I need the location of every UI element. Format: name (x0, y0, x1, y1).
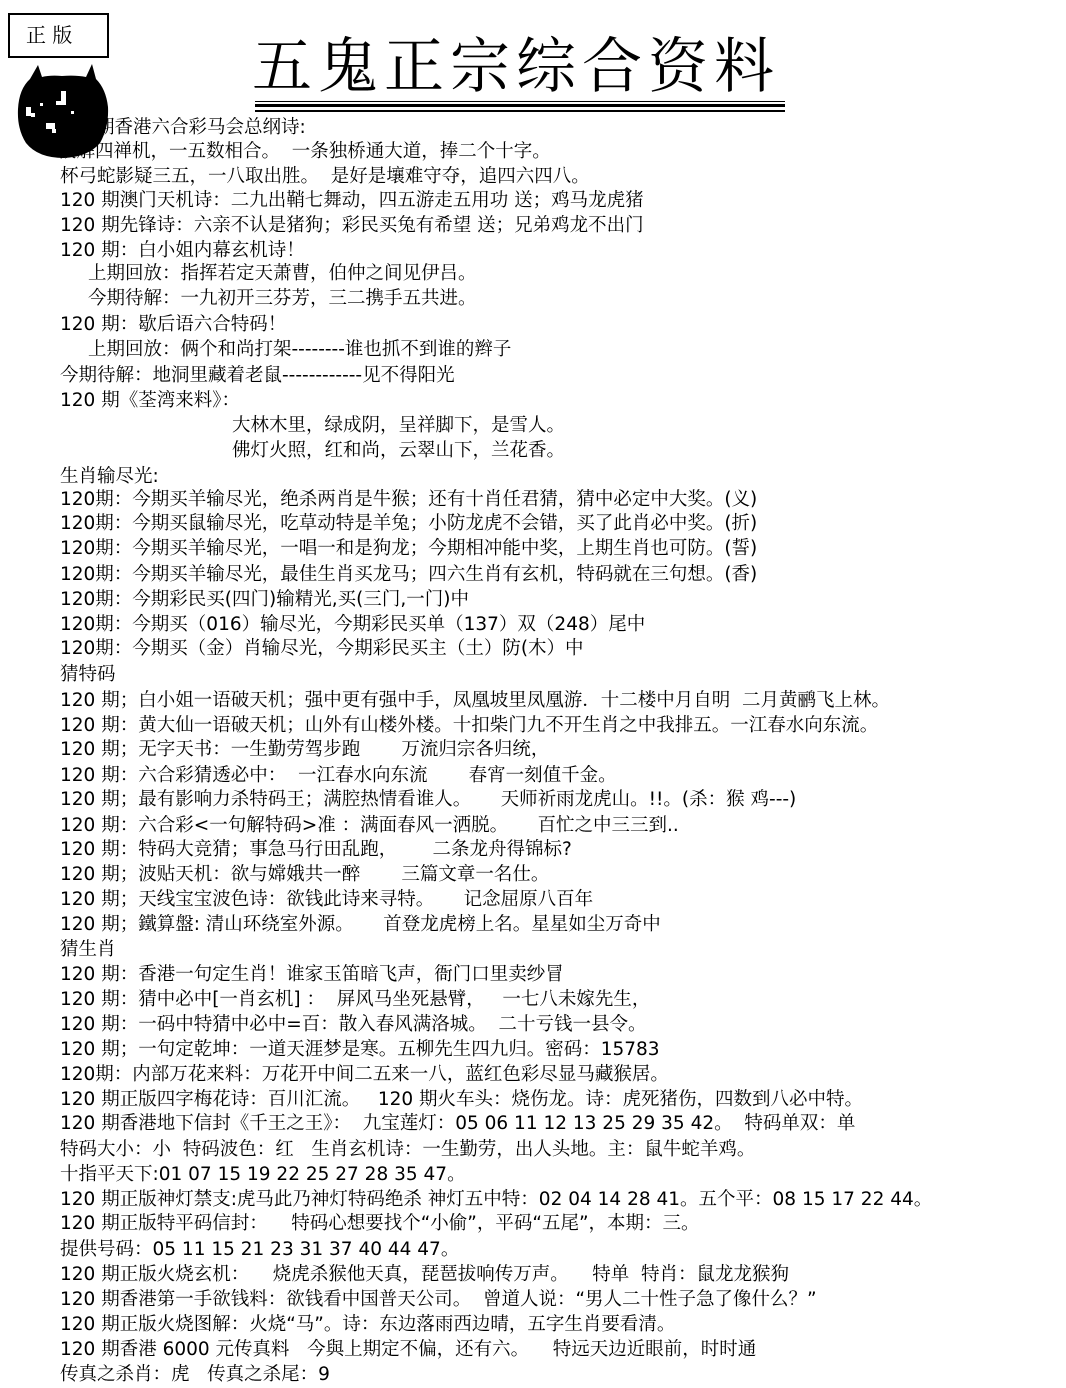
edition-badge-label: 正 版 (26, 24, 72, 46)
text-line: 十指平天下:01 07 15 19 22 25 27 28 35 47。 (60, 1164, 466, 1186)
text-line: 120 期；波贴天机：欲与嫦娥共一醉 三篇文章一名仕。 (60, 864, 549, 886)
text-line: 120 期香港第一手欲钱料：欲钱看中国普天公司。 曾道人说：“男人二十性子急了像… (60, 1289, 817, 1311)
text-line: 120 期；鐵算盤: 清山环绕室外源。 首登龙虎榜上名。星星如尘万奇中 (60, 914, 661, 936)
text-line: 120 期正版四字梅花诗：百川汇流。 120 期火车头：烧伤龙。诗：虎死猪伤，四… (60, 1089, 863, 1111)
text-line: 120期：今期买羊输尽光，一唱一和是狗龙；今期相冲能中奖，上期生肖也可防。(誓) (60, 538, 757, 560)
text-line: 提供号码：05 11 15 21 23 31 37 40 44 47。 (60, 1239, 459, 1261)
text-line: 120 期；天线宝宝波色诗：欲钱此诗来寻特。 记念屈原八百年 (60, 889, 593, 911)
edition-badge: 正 版 (8, 13, 109, 58)
text-line: 120 期澳门天机诗：二九出鞘七舞动，四五游走五用功 送；鸡马龙虎猪 (60, 190, 644, 212)
text-line: 120期：今期买羊输尽光，最佳生肖买龙马；四六生肖有玄机，特码就在三句想。(香) (60, 564, 757, 586)
poem-line: 佛灯火照，红和尚，云翠山下，兰花香。 (232, 440, 565, 462)
page-title: 五鬼正宗综合资料 (252, 34, 780, 100)
text-line: 120 期：特码大竞猜；事急马行田乱跑， 二条龙舟得锦标? (60, 839, 572, 861)
text-line: 120 期正版神灯禁支:虎马此乃神灯特码绝杀 神灯五中特：02 04 14 28… (60, 1189, 932, 1211)
text-line: 120期：今期买鼠输尽光，吃草动特是羊兔；小防龙虎不会错，买了此肖必中奖。(折) (60, 513, 757, 535)
text-line: 特码大小：小 特码波色：红 生肖玄机诗：一生勤劳，出人头地。主：鼠牛蛇羊鸡。 (60, 1139, 755, 1161)
text-line: 120 期：一码中特猜中必中=百：散入春风满洛城。 二十亏钱一县令。 (60, 1014, 646, 1036)
text-line: 杯弓蛇影疑三五，一八取出胜。 是好是壤难守夺，追四六四八。 (60, 166, 590, 188)
text-line: 120期：今期买（016）输尽光，今期彩民买单（137）双（248）尾中 (60, 614, 645, 636)
text-line: 120 期；无字天书：一生勤劳驾步跑 万流归宗各归统， (60, 739, 549, 761)
text-line: 120 期《荃湾来料》： (60, 390, 240, 412)
text-line: 120 期：黄大仙一语破天机；山外有山楼外楼。十扣柴门九不开生肖之中我排五。一江… (60, 715, 878, 737)
text-line: 今期待解：地洞里藏着老鼠------------见不得阳光 (60, 365, 455, 387)
section-heading: 生肖输尽光: (60, 466, 159, 488)
text-line: 120期：今期买羊输尽光，绝杀两肖是牛猴；还有十肖任君猜，猜中必定中大奖。(义) (60, 489, 757, 511)
text-line: 上期回放：指挥若定天萧曹，伯仲之间见伊吕。 (88, 263, 477, 285)
text-line: 120 期香港 6000 元传真料 今與上期定不偏，还有六。 特远天边近眼前，时… (60, 1339, 756, 1361)
text-line: 120期：内部万花来料：万花开中间二五来一八，蓝红色彩尽显马藏猴居。 (60, 1064, 669, 1086)
section-heading: 猜特码 (60, 664, 116, 686)
text-line: 120 期正版特平码信封： 特码心想要找个“小偷”，平码“五尾”，本期：三。 (60, 1213, 700, 1235)
text-line: 上期回放：俩个和尚打架--------谁也抓不到谁的辫子 (88, 339, 511, 361)
text-line: 120 期；白小姐一语破天机；强中更有强中手，凤凰坡里凤凰游．十二楼中月自明 二… (60, 690, 890, 712)
poem-line: 大林木里，绿成阴，呈祥脚下，是雪人。 (232, 415, 565, 437)
text-line: 120 期；最有影响力杀特码王；满腔热情看谁人。 天师祈雨龙虎山。!!。(杀：猴… (60, 789, 796, 811)
text-line: 120 期正版火烧玄机： 烧虎杀猴他天真，琵琶拔响传万声。 特单 特肖：鼠龙龙猴… (60, 1264, 789, 1286)
text-line: 120期：今期彩民买(四门)输精光,买(三门,一门)中 (60, 589, 469, 611)
text-line: 120 期：歇后语六合特码！ (60, 314, 286, 336)
section-heading: 猜生肖 (60, 939, 116, 961)
text-line: 120 期正版火烧图解：火烧“马”。诗：东边落雨西边晴，五字生肖要看清。 (60, 1314, 675, 1336)
ghost-face-icon (16, 63, 110, 159)
text-line: 120 期香港地下信封《千王之王》： 九宝莲灯：05 06 11 12 13 2… (60, 1113, 855, 1135)
text-line: 拨解四禅机，一五数相合。 一条独桥通大道，捧二个十字。 (58, 141, 551, 163)
title-underline-thin (255, 101, 785, 102)
text-line: 期香港六合彩马会总纲诗: (96, 117, 306, 139)
title-underline-bottom (255, 110, 785, 112)
text-line: 120 期；一句定乾坤：一道天涯梦是寒。五柳先生四九归。密码：15783 (60, 1039, 660, 1061)
text-line: 120 期：六合彩猜透必中： 一江春水向东流 春宵一刻值千金。 (60, 765, 617, 787)
text-line: 今期待解：一九初开三芬芳，三二携手五共进。 (88, 288, 477, 310)
text-line: 120期：今期买（金）肖输尽光，今期彩民买主（土）防(木）中 (60, 638, 584, 660)
text-line: 120 期：香港一句定生肖！谁家玉笛暗飞声，衙门口里卖纱冒 (60, 964, 564, 986)
text-line: 传真之杀肖：虎 传真之杀尾：9 (60, 1364, 330, 1386)
text-line: 120 期先锋诗：六亲不认是猪狗；彩民买兔有希望 送；兄弟鸡龙不出门 (60, 215, 644, 237)
text-line: 120 期：猜中必中[一肖玄机] ： 屏风马坐死悬臂， 一七八未嫁先生， (60, 989, 650, 1011)
title-underline-thick (255, 104, 785, 107)
text-line: 120 期：六合彩<一句解特码>准 ：满面春风一洒脱。 百忙之中三三到.. (60, 815, 679, 837)
text-line: 120 期：白小姐内幕玄机诗！ (60, 240, 305, 262)
